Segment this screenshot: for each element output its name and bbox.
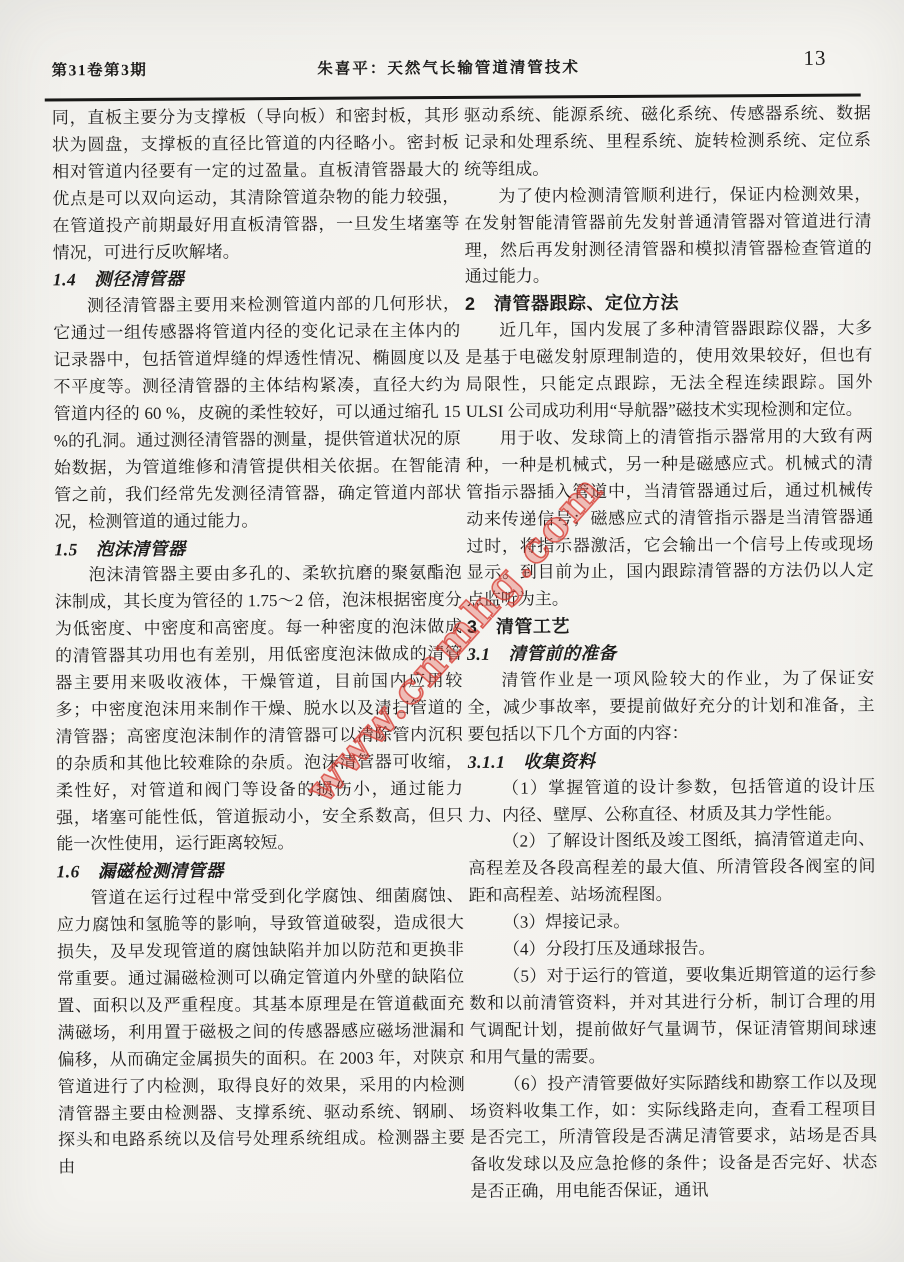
section-heading: 1.5 泡沫清管器 [54, 533, 461, 562]
header-rule [45, 93, 861, 101]
body-paragraph: 为了使内检测清管顺利进行，保证内检测效果，在发射智能清管器前先发射普通清管器对管… [464, 181, 872, 291]
page-number: 13 [803, 46, 826, 71]
body-paragraph: 同，直板主要分为支撑板（导向板）和密封板，其形状为圆盘，支撑板的直径比管道的内径… [52, 103, 460, 267]
body-paragraph: 驱动系统、能源系统、磁化系统、传感器系统、数据记录和处理系统、里程系统、旋转检测… [464, 100, 871, 183]
running-title: 朱喜平：天然气长输管道清管技术 [0, 53, 901, 81]
body-paragraph: 测径清管器主要用来检测管道内部的几何形状，它通过一组传感器将管道内径的变化记录在… [53, 291, 461, 536]
body-paragraph: （6）投产清管要做好实际踏线和勘察工作以及现场资料收集工作，如：实际线路走向，查… [470, 1069, 878, 1206]
body-paragraph: 近几年，国内发展了多种清管器跟踪仪器，大多是基于电磁发射原理制造的，使用效果较好… [465, 316, 873, 426]
body-paragraph: （3）焊接记录。 [469, 908, 876, 937]
body-paragraph: （5）对于运行的管道，要收集近期管道的运行参数和以前清管资料，并对其进行分析，制… [469, 961, 877, 1071]
section-heading: 1.4 测径清管器 [53, 264, 460, 293]
section-heading: 2 清管器跟踪、定位方法 [465, 289, 872, 318]
scan-content: 第31卷第3期 朱喜平：天然气长输管道清管技术 13 同，直板主要分为支撑板（导… [0, 0, 904, 1262]
left-column: 同，直板主要分为支撑板（导向板）和密封板，其形状为圆盘，支撑板的直径比管道的内径… [52, 103, 466, 1182]
scanned-paper-page: 第31卷第3期 朱喜平：天然气长输管道清管技术 13 同，直板主要分为支撑板（导… [0, 0, 904, 1262]
body-paragraph: 管道在运行过程中常受到化学腐蚀、细菌腐蚀、应力腐蚀和氢脆等的影响，导致管道破裂，… [57, 883, 466, 1181]
body-paragraph: 清管作业是一项风险较大的作业，为了保证安全，减少事故率，要提前做好充分的计划和准… [467, 665, 874, 748]
section-heading: 3.1 清管前的准备 [467, 639, 874, 668]
body-paragraph: （1）掌握管道的设计参数，包括管道的设计压力、内径、壁厚、公称直径、材质及其力学… [468, 773, 875, 829]
body-paragraph: 泡沫清管器主要由多孔的、柔软抗磨的聚氨酯泡沫制成，其长度为管径的 1.75～2 … [55, 560, 464, 858]
section-heading: 3 清管工艺 [467, 612, 874, 641]
body-paragraph: （4）分段打压及通球报告。 [469, 935, 876, 964]
section-heading: 3.1.1 收集资料 [468, 746, 875, 775]
right-column: 驱动系统、能源系统、磁化系统、传感器系统、数据记录和处理系统、里程系统、旋转检测… [464, 100, 878, 1206]
section-heading: 1.6 漏磁检测清管器 [56, 856, 463, 885]
body-paragraph: （2）了解设计图纸及竣工图纸，搞清管道走向、高程差及各段高程差的最大值、所清管段… [468, 827, 875, 910]
body-paragraph: 用于收、发球筒上的清管指示器常用的大致有两种，一种是机械式，另一种是磁感应式。机… [466, 423, 874, 614]
